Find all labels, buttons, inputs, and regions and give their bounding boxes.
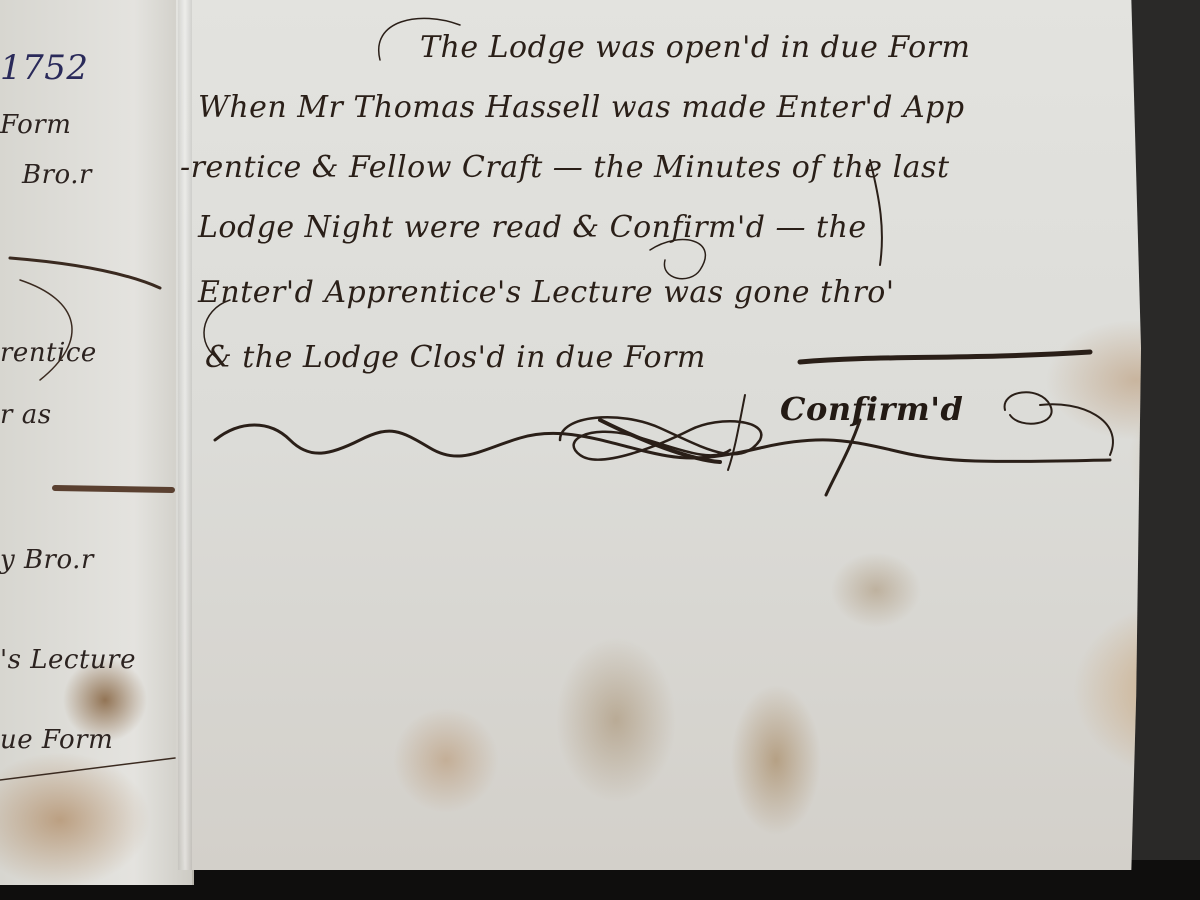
- manuscript-line-2: When Mr Thomas Hassell was made Enter'd …: [198, 90, 965, 125]
- right-page: [176, 0, 1141, 870]
- book-gutter: [178, 0, 192, 870]
- manuscript-line-4: Lodge Night were read & Confirm'd — the: [198, 210, 867, 245]
- manuscript-line-3: -rentice & Fellow Craft — the Minutes of…: [180, 150, 950, 185]
- manuscript-line-5: Enter'd Apprentice's Lecture was gone th…: [198, 275, 895, 310]
- left-fragment: Form: [0, 110, 71, 140]
- left-fragment: 's Lecture: [0, 645, 136, 675]
- left-fragment: r as: [0, 400, 52, 430]
- manuscript-line-1: The Lodge was open'd in due Form: [420, 30, 970, 65]
- dark-backdrop: [1130, 0, 1200, 900]
- confirmed-signature: Confirm'd: [780, 390, 963, 428]
- manuscript-photo: 1752 Form Bro.r rentice r as y Bro.r 's …: [0, 0, 1200, 900]
- left-fragment: ue Form: [0, 725, 113, 755]
- left-fragment-year: 1752: [0, 48, 89, 88]
- left-fragment: rentice: [0, 338, 97, 368]
- left-fragment: y Bro.r: [0, 545, 94, 575]
- manuscript-line-6: & the Lodge Clos'd in due Form: [205, 340, 706, 375]
- left-fragment: Bro.r: [22, 160, 92, 190]
